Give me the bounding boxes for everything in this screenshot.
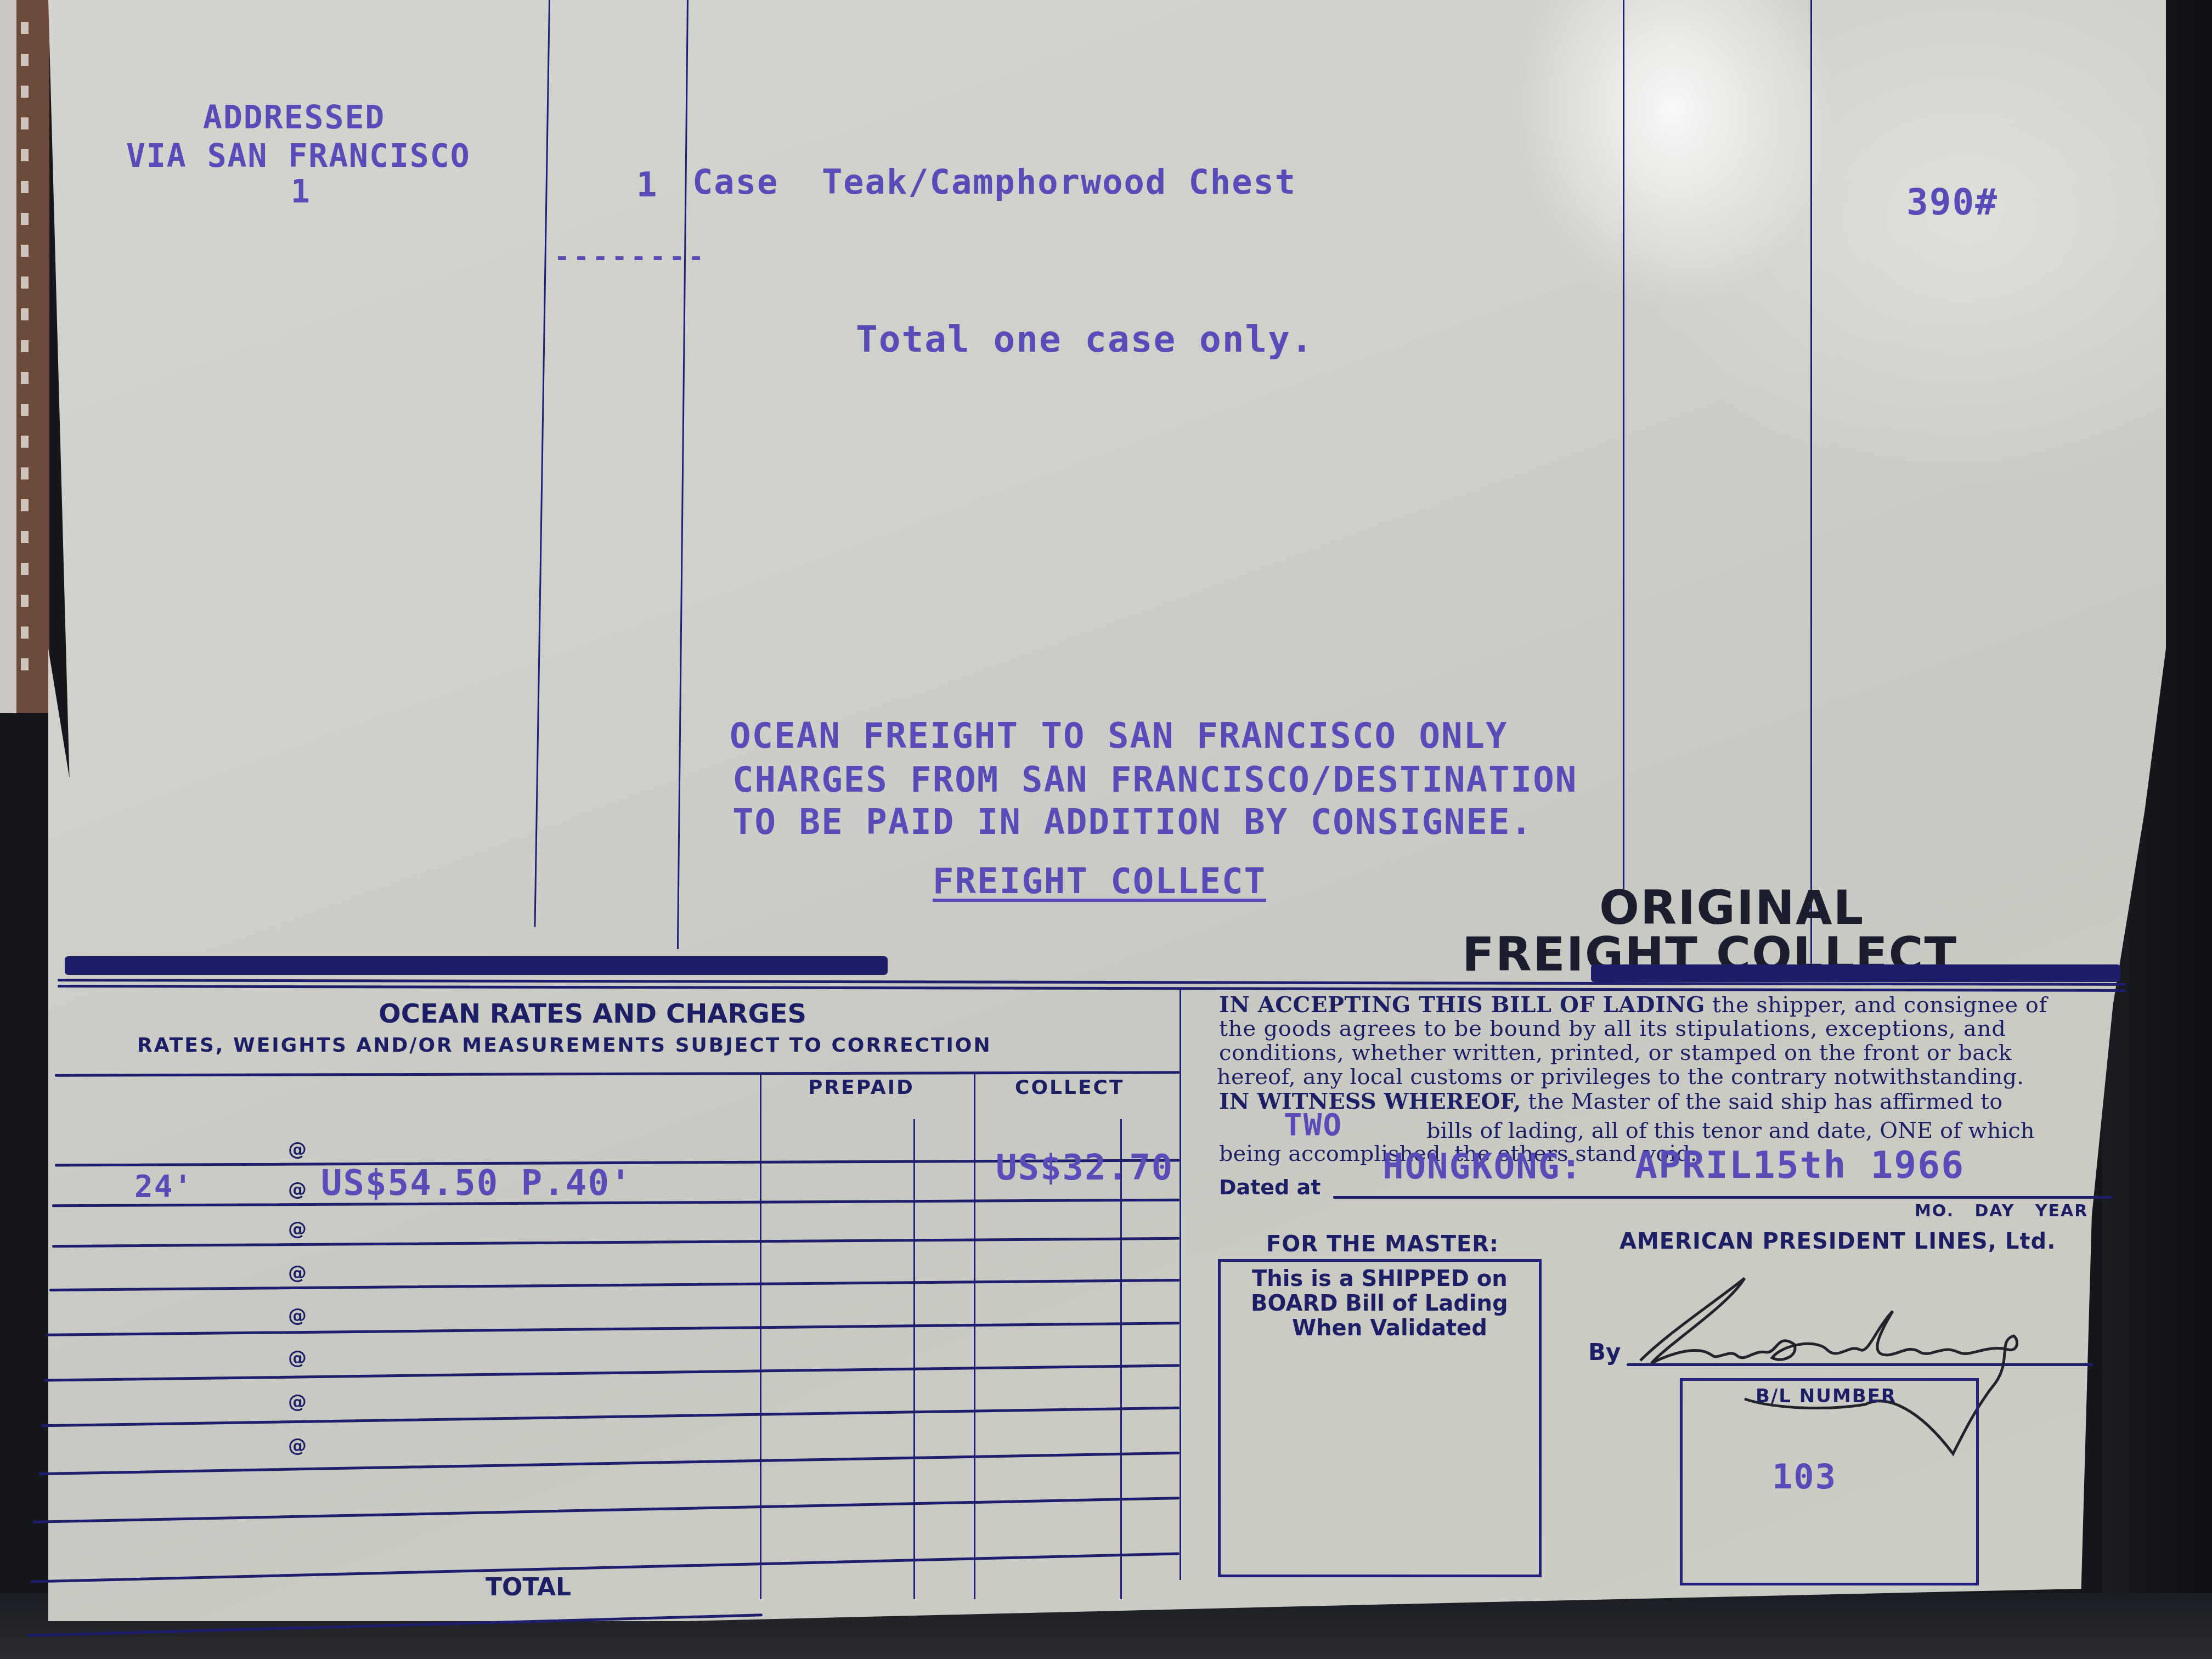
terms-lead-witness: IN WITNESS WHEREOF, (1219, 1088, 1521, 1114)
validation-text-3: When Validated (1292, 1316, 1487, 1341)
separator-dashes: -------- (554, 241, 707, 272)
section-divider (1180, 988, 1181, 1580)
dated-date: APRIL15th 1966 (1635, 1144, 1965, 1187)
terms-line-3: conditions, whether written, printed, or… (1219, 1040, 2012, 1065)
terms-line-2: the goods agrees to be bound by all its … (1219, 1016, 2006, 1041)
column-divider-4 (1810, 0, 1812, 966)
terms-line-4: hereof, any local customs or privileges … (1217, 1064, 2024, 1090)
table-col-line-2 (913, 1119, 915, 1599)
package-description: Case Teak/Camphorwood Chest (692, 162, 1296, 202)
dated-place: HONGKONG: (1383, 1147, 1583, 1187)
carrier-name: AMERICAN PRESIDENT LINES, Ltd. (1620, 1229, 2056, 1254)
dated-underline (1333, 1196, 2112, 1199)
measurement-value: 24' (134, 1169, 193, 1204)
for-master-label: FOR THE MASTER: (1266, 1232, 1499, 1257)
at-marker-4: @ (288, 1262, 307, 1284)
rate-value: US$54.50 P.40' (321, 1163, 632, 1204)
marks-line-2: VIA SAN FRANCISCO (126, 137, 471, 174)
binder-strip (0, 0, 49, 713)
collect-amount: US$32.70 (996, 1148, 1173, 1188)
struck-out-diversion-line (1591, 964, 2120, 982)
by-label: By (1588, 1339, 1621, 1365)
gross-weight: 390# (1906, 181, 1998, 223)
marks-line-1: ADDRESSED (203, 99, 385, 136)
freight-note-line-2: CHARGES FROM SAN FRANCISCO/DESTINATION (732, 760, 1577, 800)
collect-column-header: COLLECT (1015, 1076, 1124, 1099)
at-marker-6: @ (288, 1347, 307, 1369)
table-col-line-4 (1120, 1119, 1122, 1599)
dated-at-label: Dated at (1219, 1175, 1321, 1199)
total-note: Total one case only. (856, 318, 1314, 360)
table-col-line-1 (760, 1073, 761, 1599)
terms-line-1: IN ACCEPTING THIS BILL OF LADING the shi… (1219, 992, 2047, 1018)
bills-count: TWO (1284, 1107, 1342, 1143)
validation-text-2: BOARD Bill of Lading (1251, 1291, 1508, 1316)
terms-line-6: bills of lading, all of this tenor and d… (1426, 1118, 2035, 1143)
date-caption: MO. DAY YEAR (1915, 1201, 2088, 1221)
freight-collect-typed: FREIGHT COLLECT (933, 861, 1266, 902)
rates-subtitle: RATES, WEIGHTS AND/OR MEASUREMENTS SUBJE… (137, 1034, 992, 1057)
freight-note-line-1: OCEAN FREIGHT TO SAN FRANCISCO ONLY (730, 716, 1508, 757)
at-marker-1: @ (288, 1138, 307, 1160)
bl-number-label: B/L NUMBER (1756, 1385, 1897, 1407)
freight-note-line-3: TO BE PAID IN ADDITION BY CONSIGNEE. (732, 802, 1533, 843)
at-marker-8: @ (288, 1435, 307, 1457)
bl-number-value: 103 (1772, 1457, 1837, 1497)
binder-holes (21, 22, 29, 680)
at-marker-2: @ (288, 1178, 307, 1200)
terms-line-1-rest: the shipper, and consignee of (1705, 992, 2047, 1018)
validation-text-1: This is a SHIPPED on (1252, 1266, 1508, 1291)
prepaid-column-header: PREPAID (808, 1076, 915, 1099)
packages-count: 1 (636, 165, 658, 205)
table-col-line-3 (974, 1073, 975, 1599)
marks-line-3: 1 (291, 173, 311, 210)
total-label: TOTAL (486, 1573, 571, 1601)
at-marker-5: @ (288, 1305, 307, 1327)
rates-title: OCEAN RATES AND CHARGES (379, 998, 806, 1029)
terms-lead-accepting: IN ACCEPTING THIS BILL OF LADING (1219, 992, 1705, 1018)
at-marker-7: @ (288, 1391, 307, 1413)
struck-out-license-line (65, 956, 888, 975)
at-marker-3: @ (288, 1218, 307, 1240)
terms-line-5-rest: the Master of the said ship has affirmed… (1521, 1089, 2003, 1114)
column-divider-3 (1623, 0, 1624, 889)
